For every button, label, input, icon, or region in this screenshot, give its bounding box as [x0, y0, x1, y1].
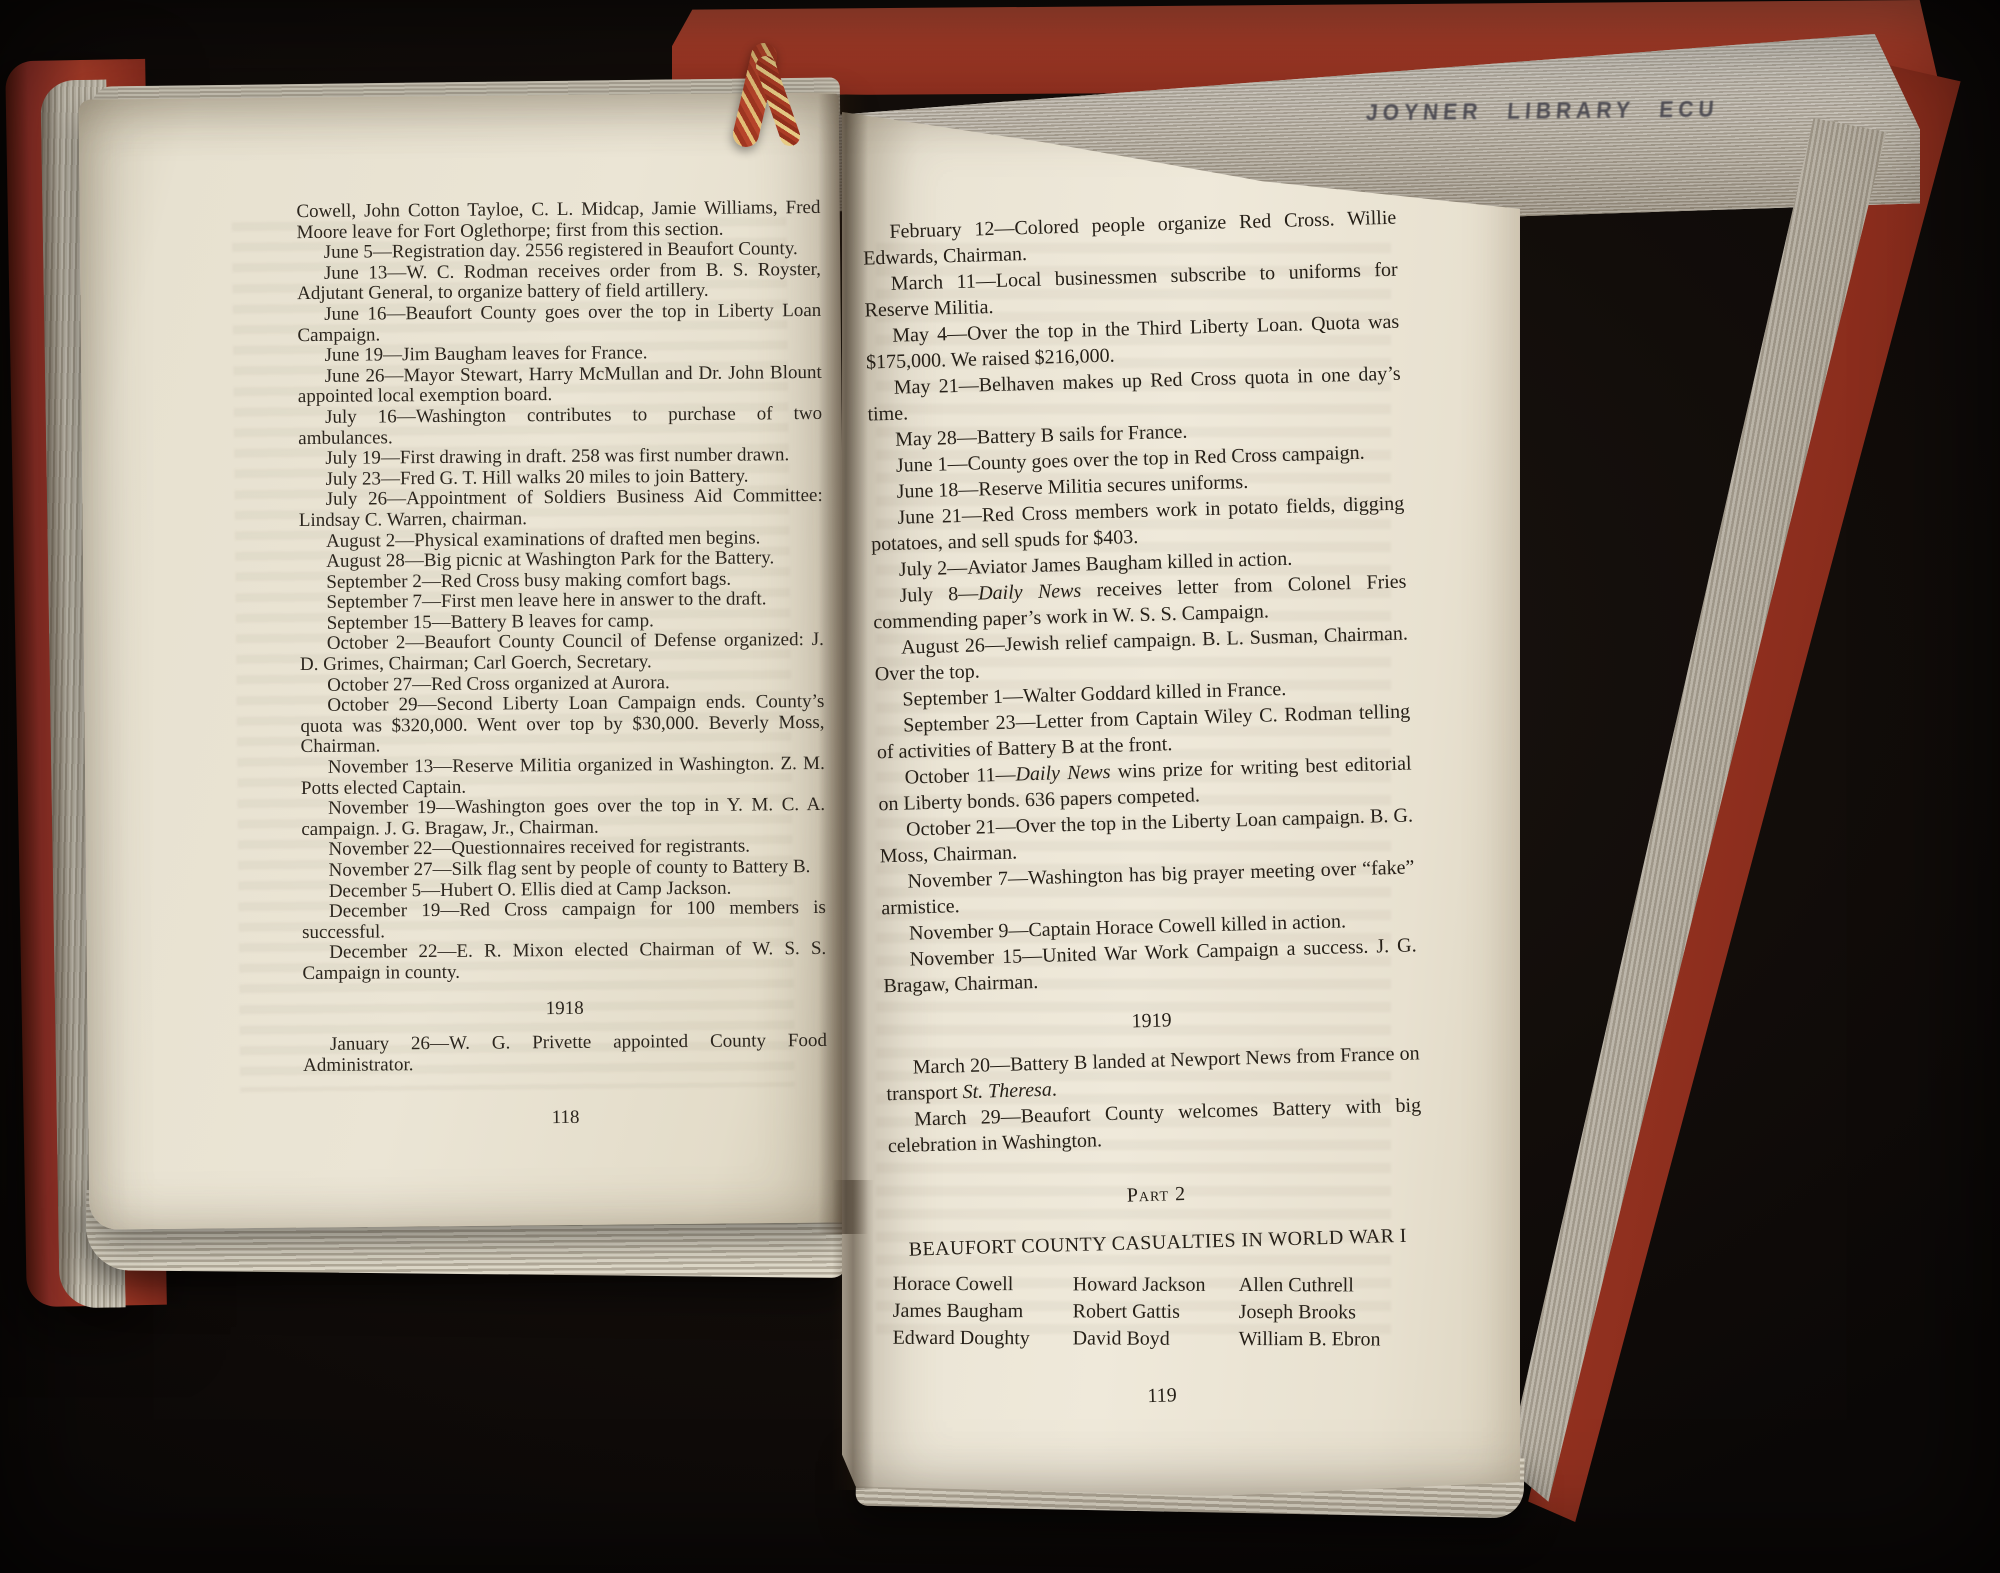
open-book-photograph: JOYNER LIBRARY ECU Cowell, John Cotton T…: [0, 0, 2000, 1573]
entry-paragraph: June 16—Beaufort County goes over the to…: [297, 301, 821, 346]
casualties-column: Allen CuthrellJoseph BrooksWilliam B. Eb…: [1239, 1272, 1427, 1354]
casualties-columns: Horace CowellJames BaughamEdward Doughty…: [893, 1271, 1427, 1354]
left-page-number: 118: [303, 1106, 827, 1131]
entry-paragraph: December 19—Red Cross campaign for 100 m…: [302, 898, 826, 943]
year-heading: 1919: [884, 1000, 1419, 1041]
casualty-name: Horace Cowell: [893, 1271, 1073, 1299]
casualty-name: Allen Cuthrell: [1239, 1272, 1427, 1300]
entry-paragraph: July 26—Appointment of Soldiers Business…: [299, 486, 823, 531]
entry-paragraph: November 13—Reserve Militia organized in…: [301, 754, 825, 799]
library-stamp: JOYNER LIBRARY ECU: [1365, 97, 1720, 127]
casualties-column: Howard JacksonRobert GattisDavid Boyd: [1073, 1271, 1239, 1353]
entry-paragraph: November 27—Silk flag sent by people of …: [302, 857, 826, 882]
casualties-column: Horace CowellJames BaughamEdward Doughty: [893, 1271, 1073, 1353]
entry-paragraph: June 13—W. C. Rodman receives order from…: [297, 260, 821, 305]
entry-paragraph: January 26—W. G. Privette appointed Coun…: [303, 1031, 827, 1076]
entry-paragraph: June 26—Mayor Stewart, Harry McMullan an…: [298, 363, 822, 408]
entry-paragraph: October 2—Beaufort County Council of Def…: [300, 630, 824, 675]
casualty-name: James Baugham: [893, 1298, 1073, 1326]
section-heading: BEAUFORT COUNTY CASUALTIES IN WORLD WAR …: [891, 1222, 1426, 1263]
part-heading: Part 2: [889, 1174, 1424, 1215]
right-page-edge-stack: [1460, 118, 1902, 1530]
entry-paragraph: November 19—Washington goes over the top…: [301, 795, 825, 840]
entry-paragraph: Cowell, John Cotton Tayloe, C. L. Midcap…: [296, 198, 820, 243]
year-heading: 1918: [303, 996, 827, 1021]
casualty-name: William B. Ebron: [1239, 1326, 1427, 1354]
casualty-name: Edward Doughty: [893, 1325, 1073, 1353]
casualty-name: Joseph Brooks: [1239, 1299, 1427, 1327]
right-page-blocks: February 12—Colored people organize Red …: [862, 205, 1428, 1360]
entry-paragraph: July 16—Washington contributes to purcha…: [298, 404, 822, 449]
casualty-name: Howard Jackson: [1073, 1271, 1239, 1299]
left-page-blocks: Cowell, John Cotton Tayloe, C. L. Midcap…: [296, 198, 827, 1076]
entry-paragraph: December 22—E. R. Mixon elected Chairman…: [302, 939, 826, 984]
casualty-name: Robert Gattis: [1073, 1298, 1239, 1326]
entry-paragraph: October 29—Second Liberty Loan Campaign …: [300, 692, 824, 758]
left-page-text: Cowell, John Cotton Tayloe, C. L. Midcap…: [296, 198, 827, 1131]
gutter-shadow-lower: [832, 1180, 874, 1490]
casualty-name: David Boyd: [1073, 1325, 1239, 1353]
right-page-text: February 12—Colored people organize Red …: [862, 205, 1429, 1416]
